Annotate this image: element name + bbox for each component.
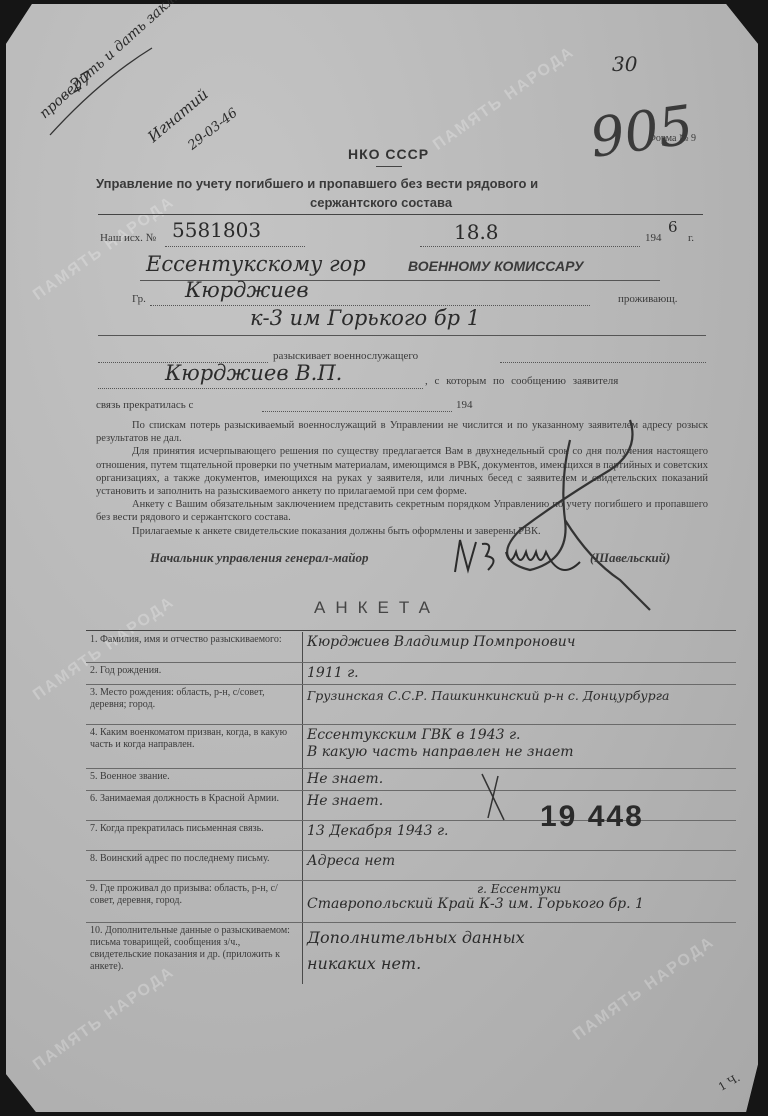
reference-date: 18.8 xyxy=(454,220,499,244)
org-title: НКО СССР xyxy=(348,146,429,162)
signature-icon xyxy=(450,532,590,582)
department-line-2: сержантского состава xyxy=(310,195,452,210)
row-answer-above: г. Ессентуки xyxy=(307,883,732,896)
row-answer: Ессентукским ГВК в 1943 г. xyxy=(307,727,732,744)
row-label: 8. Воинский адрес по последнему письму. xyxy=(86,850,303,880)
resolution-scribble-icon xyxy=(470,410,660,620)
row-label: 2. Год рождения. xyxy=(86,662,303,684)
row-answer-continued: В какую часть направлен не знает xyxy=(307,744,732,761)
row-answer: Не знает. xyxy=(303,790,737,820)
form-label: Форма № 9 xyxy=(648,133,696,144)
divider xyxy=(98,214,703,215)
table-row: 4. Каким военкоматом призван, когда, в к… xyxy=(86,724,736,768)
table-row: 9. Где проживал до призыва: область, р-н… xyxy=(86,880,736,922)
row-label: 6. Занимаемая должность в Красной Армии. xyxy=(86,790,303,820)
table-row: 2. Год рождения. 1911 г. xyxy=(86,662,736,684)
row-label: 7. Когда прекратилась письменная связь. xyxy=(86,820,303,850)
row-label: 1. Фамилия, имя и отчество разыскиваемог… xyxy=(86,632,303,662)
row-label: 10. Дополнительные данные о разыскиваемо… xyxy=(86,922,303,984)
table-row: 10. Дополнительные данные о разыскиваемо… xyxy=(86,922,736,984)
strike-line-icon xyxy=(40,40,160,140)
searched-person: Кюрджиев В.П. xyxy=(165,361,342,385)
table-row: 3. Место рождения: область, р-н, с/совет… xyxy=(86,684,736,724)
applicant-name: Кюрджиев xyxy=(185,278,309,302)
row-answer: Не знает. xyxy=(303,768,737,790)
row-label: 5. Военное звание. xyxy=(86,768,303,790)
applicant-label: Гр. xyxy=(132,293,146,305)
reference-year-suffix: 6 xyxy=(668,218,678,236)
row-label: 9. Где проживал до призыва: область, р-н… xyxy=(86,880,303,922)
addressee-printed: ВОЕННОМУ КОМИССАРУ xyxy=(408,258,583,274)
row-answer: Кюрджиев Владимир Помпронович xyxy=(303,632,737,662)
table-row: 1. Фамилия, имя и отчество разыскиваемог… xyxy=(86,632,736,662)
applicant-address: к-3 им Горького бр 1 xyxy=(250,306,480,330)
archive-stamp: 19 448 xyxy=(540,800,644,834)
questionnaire-title: АНКЕТА xyxy=(314,598,440,618)
row-answer: Ставропольский Край К-3 им. Горького бр.… xyxy=(307,896,732,913)
table-row: 5. Военное звание. Не знает. xyxy=(86,768,736,790)
row-answer: 13 Декабря 1943 г. xyxy=(303,820,737,850)
page-number: 30 xyxy=(612,52,637,76)
divider xyxy=(376,166,402,167)
row-answer-continued: никаких нет. xyxy=(307,951,732,977)
cross-mark-icon xyxy=(478,772,508,822)
applicant-suffix: проживающ. xyxy=(618,293,677,305)
lost-contact-label: связь прекратилась с xyxy=(96,399,193,411)
search-trailing: , с которым по сообщению заявителя xyxy=(425,375,618,387)
department-line-1: Управление по учету погибшего и пропавше… xyxy=(96,176,716,191)
row-answer: Адреса нет xyxy=(303,850,737,880)
row-answer: Грузинская С.С.Р. Пашкинкинский р-н с. Д… xyxy=(303,684,737,724)
reference-year-prefix: 194 xyxy=(645,232,662,244)
table-row: 8. Воинский адрес по последнему письму. … xyxy=(86,850,736,880)
row-answer: 1911 г. xyxy=(303,662,737,684)
reference-number: 5581803 xyxy=(172,218,261,242)
row-answer: Дополнительных данных xyxy=(307,925,732,951)
signature-title: Начальник управления генерал-майор xyxy=(150,550,369,566)
row-label: 3. Место рождения: область, р-н, с/совет… xyxy=(86,684,303,724)
reference-year-end: г. xyxy=(688,232,694,244)
reference-label: Наш исх. № xyxy=(100,232,156,244)
row-label: 4. Каким военкоматом призван, когда, в к… xyxy=(86,724,303,768)
signature-name: (Шавельский) xyxy=(590,550,670,566)
addressee-handwritten: Ессентукскому гор xyxy=(146,252,366,276)
